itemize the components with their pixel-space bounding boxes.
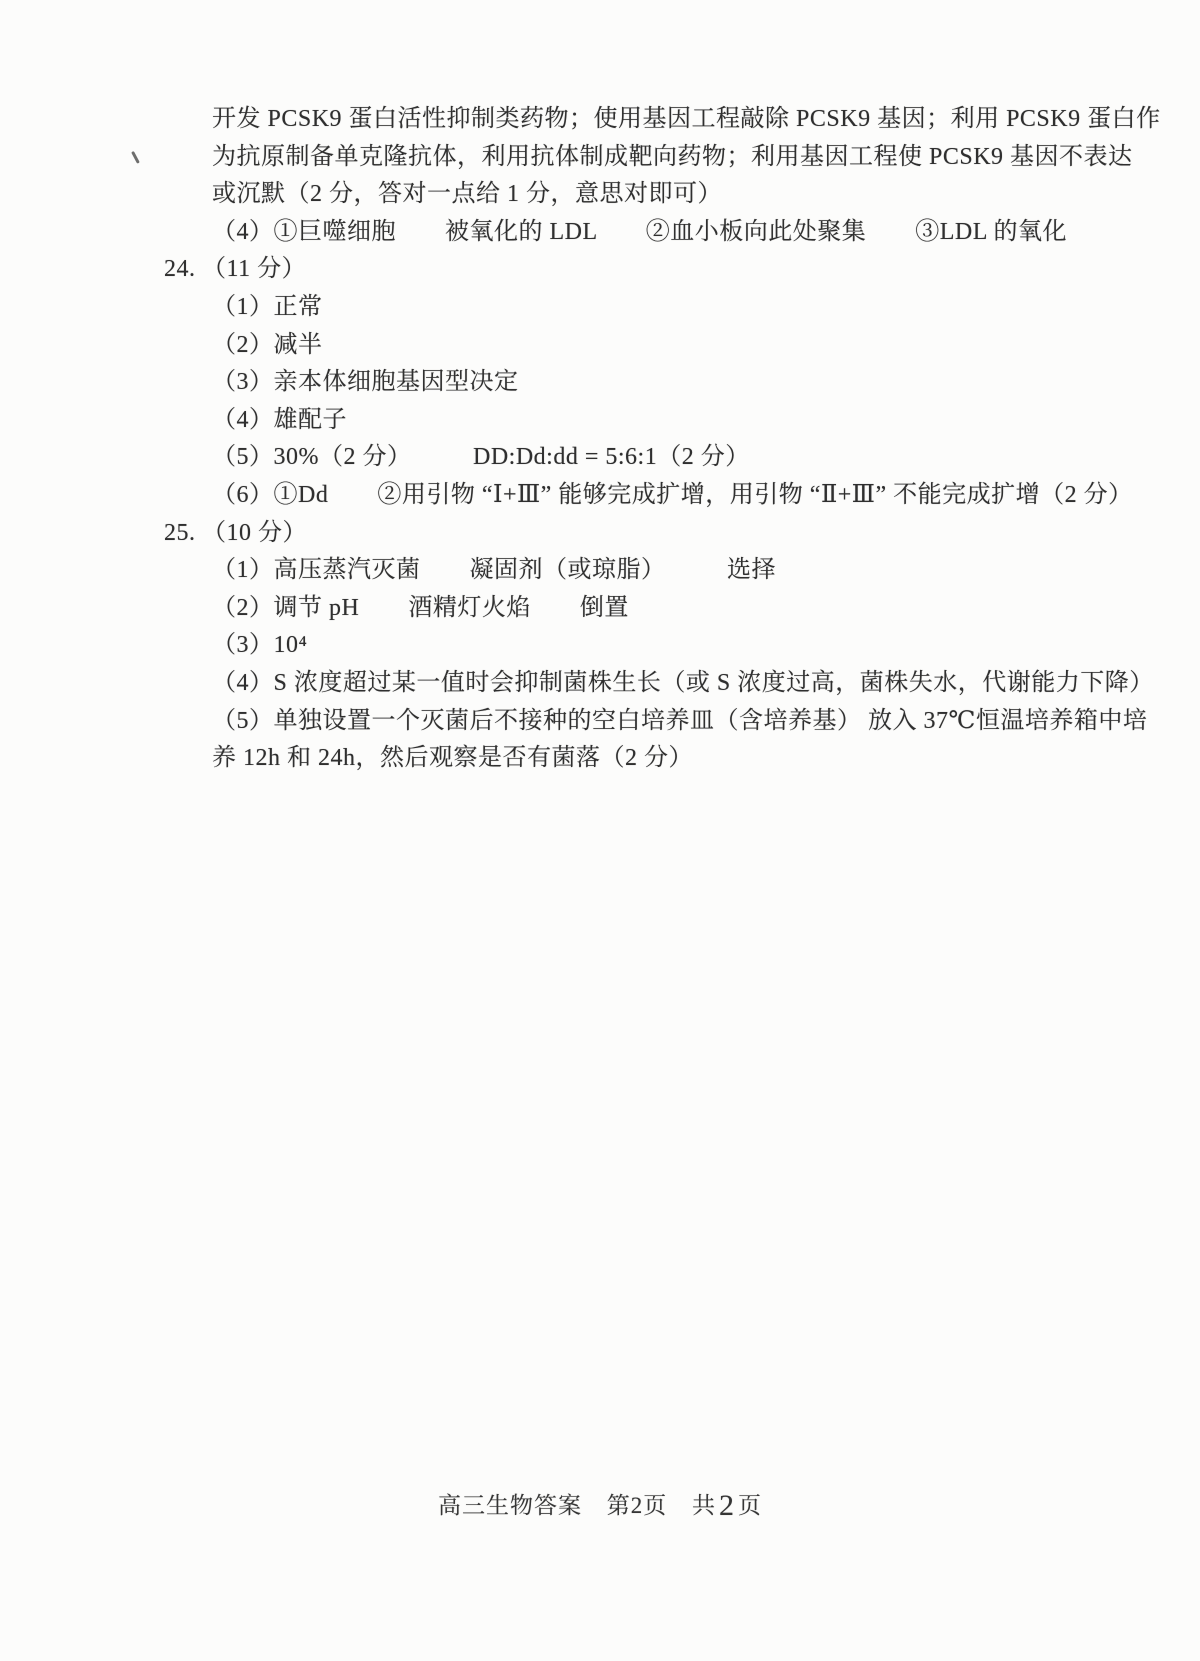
q24-answer-2-line: （2）减半	[0, 327, 1200, 365]
answers-content: 开发 PCSK9 蛋白活性抑制类药物；使用基因工程敲除 PCSK9 基因；利用 …	[0, 101, 1200, 778]
footer-total-suffix: 页	[738, 1493, 762, 1518]
footer-total-pages: 共2页	[692, 1493, 762, 1518]
q23-continuation-line: 或沉默（2 分，答对一点给 1 分，意思对即可）	[0, 176, 1200, 214]
q24-answer-1-line: （1）正常	[0, 289, 1200, 327]
q25-answer-1-line: （1）高压蒸汽灭菌 凝固剂（或琼脂） 选择	[0, 552, 1200, 590]
q23-continuation-line: 开发 PCSK9 蛋白活性抑制类药物；使用基因工程敲除 PCSK9 基因；利用 …	[0, 101, 1200, 139]
q25-answer-4-line: （4）S 浓度超过某一值时会抑制菌株生长（或 S 浓度过高，菌株失水，代谢能力下…	[0, 665, 1200, 703]
q25-header-line: 25. （10 分）	[0, 515, 1200, 553]
q24-header-line: 24. （11 分）	[0, 251, 1200, 289]
q24-answer-4-line: （4）雄配子	[0, 402, 1200, 440]
q23-continuation-line: 为抗原制备单克隆抗体，利用抗体制成靶向药物；利用基因工程使 PCSK9 基因不表…	[0, 139, 1200, 177]
footer-doc-title: 高三生物答案	[438, 1493, 582, 1518]
q24-answer-5-line: （5）30%（2 分） DD:Dd:dd = 5:6:1（2 分）	[0, 439, 1200, 477]
q25-answer-5-cont-line: 养 12h 和 24h，然后观察是否有菌落（2 分）	[0, 740, 1200, 778]
q25-answer-5-line: （5）单独设置一个灭菌后不接种的空白培养皿（含培养基） 放入 37℃恒温培养箱中…	[0, 703, 1200, 741]
q24-answer-3-line: （3）亲本体细胞基因型决定	[0, 364, 1200, 402]
footer-total-prefix: 共	[692, 1493, 716, 1518]
q24-answer-6-line: （6）①Dd ②用引物 “Ⅰ+Ⅲ” 能够完成扩增，用引物 “Ⅱ+Ⅲ” 不能完成扩…	[0, 477, 1200, 515]
footer-page-indicator: 第2页	[607, 1493, 668, 1518]
q23-answer-4-line: （4）①巨噬细胞 被氧化的 LDL ②血小板向此处聚集 ③LDL 的氧化	[0, 214, 1200, 252]
q25-answer-2-line: （2）调节 pH 酒精灯火焰 倒置	[0, 590, 1200, 628]
page-footer: 高三生物答案 第2页 共2页	[0, 1487, 1200, 1523]
q25-answer-3-line: （3）10⁴	[0, 627, 1200, 665]
answer-sheet-page: 开发 PCSK9 蛋白活性抑制类药物；使用基因工程敲除 PCSK9 基因；利用 …	[0, 0, 1200, 1661]
footer-total-number: 2	[719, 1489, 735, 1522]
